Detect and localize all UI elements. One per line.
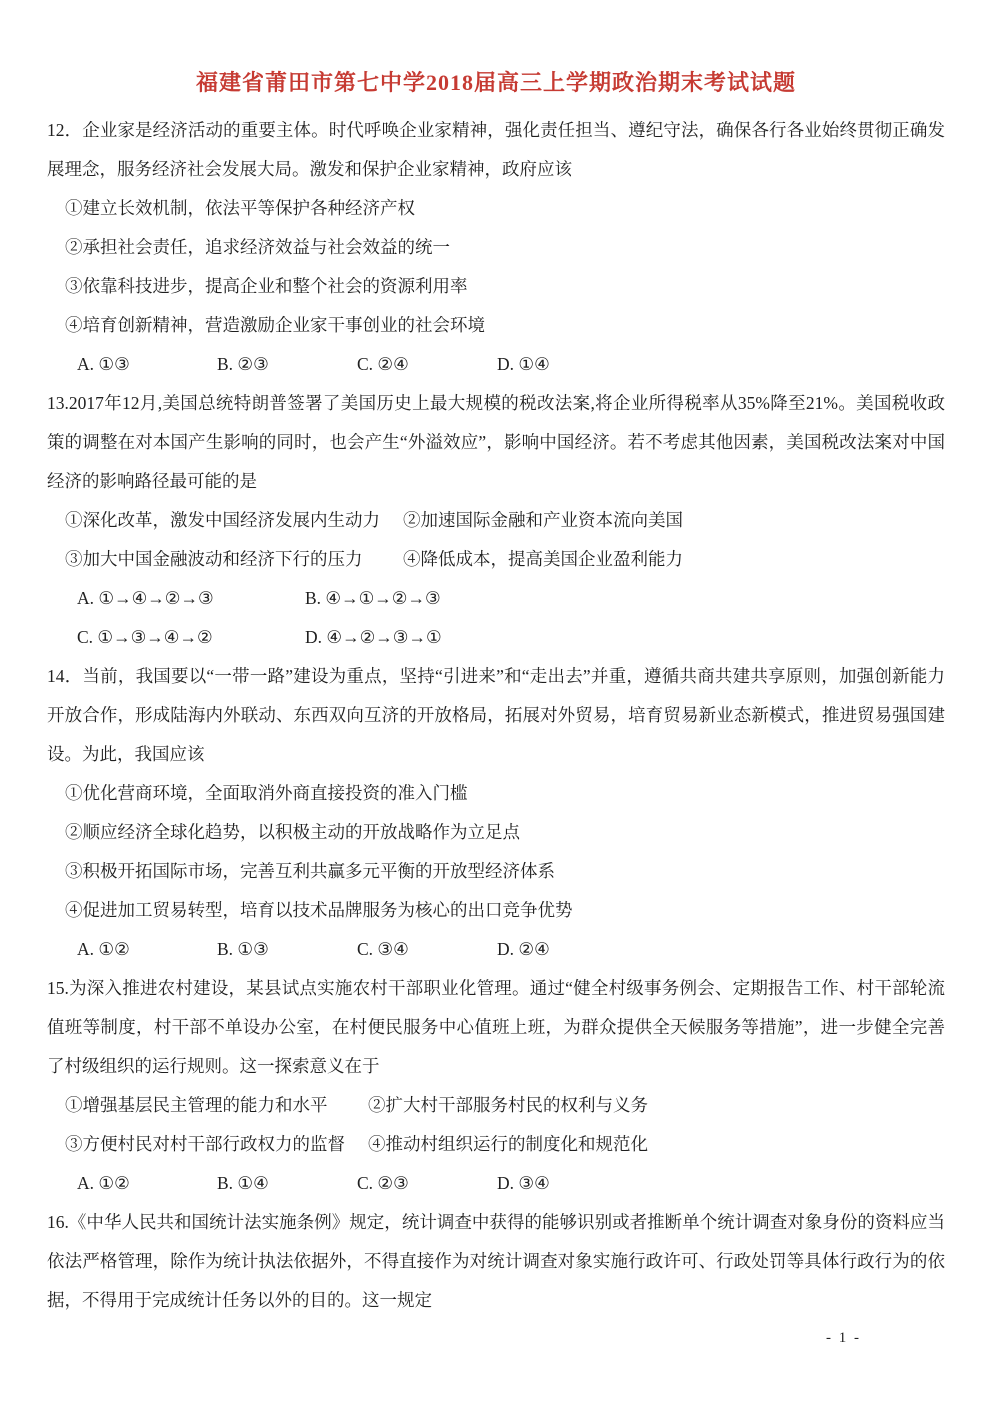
- document-body: 福建省莆田市第七中学2018届高三上学期政治期末考试试题 12．企业家是经济活动…: [0, 0, 992, 1320]
- question-12-option-3: ③依靠科技进步，提高企业和整个社会的资源利用率: [47, 267, 945, 306]
- question-14-choice-a: A. ①②: [77, 930, 217, 969]
- question-12-option-4: ④培育创新精神，营造激励企业家干事创业的社会环境: [47, 306, 945, 345]
- question-15-choice-c: C. ②③: [357, 1164, 497, 1203]
- page-number: - 1 -: [826, 1330, 861, 1347]
- question-14-choice-c: C. ③④: [357, 930, 497, 969]
- question-13-option-2: ②加速国际金融和产业资本流向美国: [403, 501, 683, 540]
- question-15-choice-d: D. ③④: [497, 1164, 637, 1203]
- question-12: 12．企业家是经济活动的重要主体。时代呼唤企业家精神，强化责任担当、遵纪守法，确…: [47, 111, 945, 384]
- question-14-choice-d: D. ②④: [497, 930, 637, 969]
- question-16-stem: 16.《中华人民共和国统计法实施条例》规定，统计调查中获得的能够识别或者推断单个…: [47, 1203, 945, 1320]
- question-13-choice-b: B. ④→①→②→③: [305, 579, 533, 618]
- question-13-options-row-1: ①深化改革，激发中国经济发展内生动力 ②加速国际金融和产业资本流向美国: [47, 501, 945, 540]
- question-14-option-4: ④促进加工贸易转型，培育以技术品牌服务为核心的出口竞争优势: [47, 891, 945, 930]
- question-14-choices: A. ①② B. ①③ C. ③④ D. ②④: [47, 930, 945, 969]
- question-12-option-2: ②承担社会责任，追求经济效益与社会效益的统一: [47, 228, 945, 267]
- question-13-choices-row-1: A. ①→④→②→③ B. ④→①→②→③: [47, 579, 945, 618]
- question-12-choice-d: D. ①④: [497, 345, 637, 384]
- question-15-options-row-2: ③方便村民对村干部行政权力的监督 ④推动村组织运行的制度化和规范化: [47, 1125, 945, 1164]
- question-14: 14．当前，我国要以“一带一路”建设为重点，坚持“引进来”和“走出去”并重，遵循…: [47, 657, 945, 969]
- question-14-option-3: ③积极开拓国际市场，完善互利共赢多元平衡的开放型经济体系: [47, 852, 945, 891]
- question-12-option-1: ①建立长效机制，依法平等保护各种经济产权: [47, 189, 945, 228]
- question-13-choice-d: D. ④→②→③→①: [305, 618, 533, 657]
- question-14-option-2: ②顺应经济全球化趋势，以积极主动的开放战略作为立足点: [47, 813, 945, 852]
- question-13-stem: 13.2017年12月,美国总统特朗普签署了美国历史上最大规模的税改法案,将企业…: [47, 384, 945, 501]
- question-13-option-4: ④降低成本，提高美国企业盈利能力: [403, 540, 683, 579]
- question-13-option-3: ③加大中国金融波动和经济下行的压力: [65, 540, 403, 579]
- page-title: 福建省莆田市第七中学2018届高三上学期政治期末考试试题: [47, 66, 945, 97]
- question-14-stem: 14．当前，我国要以“一带一路”建设为重点，坚持“引进来”和“走出去”并重，遵循…: [47, 657, 945, 774]
- question-12-stem: 12．企业家是经济活动的重要主体。时代呼唤企业家精神，强化责任担当、遵纪守法，确…: [47, 111, 945, 189]
- question-15-choice-b: B. ①④: [217, 1164, 357, 1203]
- question-15-choices: A. ①② B. ①④ C. ②③ D. ③④: [47, 1164, 945, 1203]
- question-15-option-4: ④推动村组织运行的制度化和规范化: [368, 1125, 648, 1164]
- question-13-option-1: ①深化改革，激发中国经济发展内生动力: [65, 501, 403, 540]
- question-15: 15.为深入推进农村建设，某县试点实施农村干部职业化管理。通过“健全村级事务例会…: [47, 969, 945, 1203]
- question-14-choice-b: B. ①③: [217, 930, 357, 969]
- question-12-choice-c: C. ②④: [357, 345, 497, 384]
- question-15-stem: 15.为深入推进农村建设，某县试点实施农村干部职业化管理。通过“健全村级事务例会…: [47, 969, 945, 1086]
- question-13-choice-c: C. ①→③→④→②: [77, 618, 305, 657]
- question-15-options-row-1: ①增强基层民主管理的能力和水平 ②扩大村干部服务村民的权利与义务: [47, 1086, 945, 1125]
- question-14-option-1: ①优化营商环境，全面取消外商直接投资的准入门槛: [47, 774, 945, 813]
- question-13-choices-row-2: C. ①→③→④→② D. ④→②→③→①: [47, 618, 945, 657]
- question-15-option-1: ①增强基层民主管理的能力和水平: [65, 1086, 368, 1125]
- question-16: 16.《中华人民共和国统计法实施条例》规定，统计调查中获得的能够识别或者推断单个…: [47, 1203, 945, 1320]
- question-13-options-row-2: ③加大中国金融波动和经济下行的压力 ④降低成本，提高美国企业盈利能力: [47, 540, 945, 579]
- question-12-choices: A. ①③ B. ②③ C. ②④ D. ①④: [47, 345, 945, 384]
- question-15-option-2: ②扩大村干部服务村民的权利与义务: [368, 1086, 648, 1125]
- question-13: 13.2017年12月,美国总统特朗普签署了美国历史上最大规模的税改法案,将企业…: [47, 384, 945, 657]
- question-15-choice-a: A. ①②: [77, 1164, 217, 1203]
- question-13-choice-a: A. ①→④→②→③: [77, 579, 305, 618]
- exam-document-page: 福建省莆田市第七中学2018届高三上学期政治期末考试试题 12．企业家是经济活动…: [0, 0, 992, 1403]
- question-12-choice-a: A. ①③: [77, 345, 217, 384]
- question-12-choice-b: B. ②③: [217, 345, 357, 384]
- question-15-option-3: ③方便村民对村干部行政权力的监督: [65, 1125, 368, 1164]
